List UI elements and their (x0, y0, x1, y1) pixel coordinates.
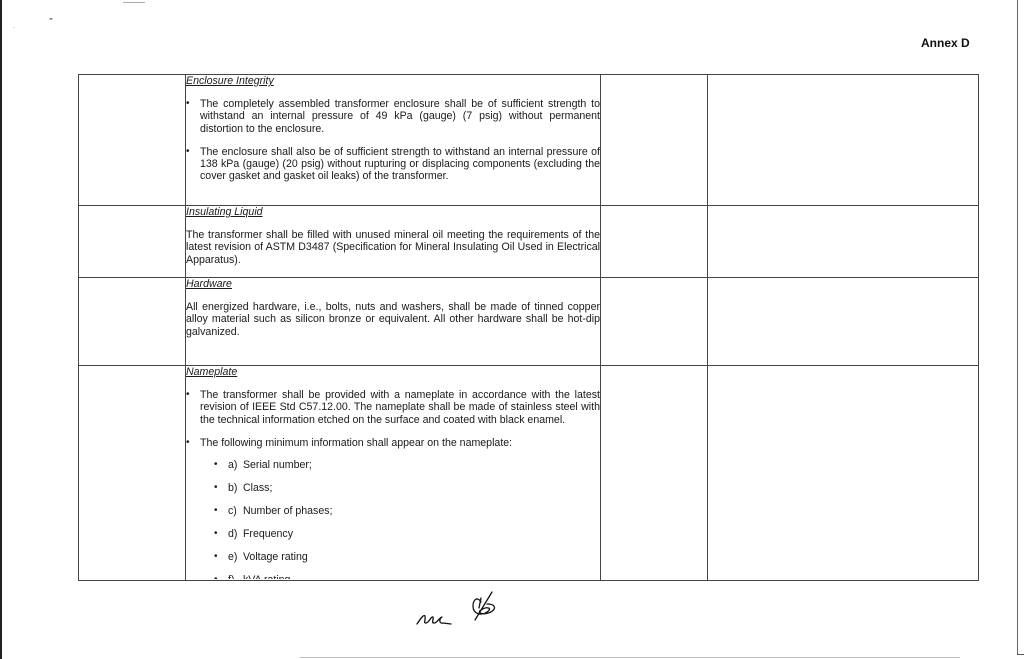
scan-edge-left (0, 0, 2, 659)
item-cell (79, 206, 186, 278)
requirement-content: Nameplate The transformer shall be provi… (186, 366, 600, 579)
remarks-cell (708, 75, 979, 206)
scan-speck: · (13, 25, 15, 31)
item-text: Frequency (243, 528, 293, 540)
remarks-cell (708, 278, 979, 366)
item-text: Serial number; (243, 459, 312, 471)
item-label: e) (228, 551, 240, 563)
section-title: Nameplate (186, 366, 600, 378)
bullet-text: The following minimum information shall … (200, 437, 512, 449)
compliance-cell (601, 75, 708, 206)
requirements-table: Enclosure Integrity The completely assem… (78, 74, 979, 581)
section-title: Enclosure Integrity (186, 75, 600, 87)
item-label: b) (228, 482, 240, 494)
annex-label: Annex D (921, 36, 970, 50)
item-text: Voltage rating (243, 551, 308, 563)
table-row: Hardware All energized hardware, i.e., b… (79, 278, 979, 366)
item-text: Class; (243, 482, 272, 494)
item-label: f) (228, 574, 240, 579)
requirement-cell: Hardware All energized hardware, i.e., b… (186, 278, 601, 366)
bullet-item: The completely assembled transformer enc… (186, 98, 600, 135)
scan-top-mark (123, 2, 145, 3)
list-item: d) Frequency (214, 528, 600, 540)
handwritten-initials (415, 590, 525, 635)
item-label: c) (228, 505, 240, 517)
nameplate-info-list: a) Serial number; b) Class; c) Number of… (214, 459, 600, 579)
initials-signature-1 (417, 615, 451, 624)
requirement-text: All energized hardware, i.e., bolts, nut… (186, 301, 600, 338)
requirement-text: The transformer shall be filled with unu… (186, 229, 600, 266)
bullet-item: The transformer shall be provided with a… (186, 389, 600, 426)
list-item: c) Number of phases; (214, 505, 600, 517)
bullet-list: The transformer shall be provided with a… (186, 389, 600, 579)
requirement-cell: Insulating Liquid The transformer shall … (186, 206, 601, 278)
scan-speck: ‴ (50, 18, 52, 25)
scan-edge-right-foot (1017, 654, 1024, 655)
list-item: e) Voltage rating (214, 551, 600, 563)
list-item: a) Serial number; (214, 459, 600, 471)
initials-signature-2 (473, 592, 494, 620)
footer-scan-line (300, 657, 960, 658)
table-row: Nameplate The transformer shall be provi… (79, 366, 979, 581)
bullet-item: The enclosure shall also be of sufficien… (186, 146, 600, 183)
item-cell (79, 278, 186, 366)
list-item: f) kVA rating (214, 574, 600, 579)
requirement-cell: Nameplate The transformer shall be provi… (186, 366, 601, 581)
section-title: Hardware (186, 278, 600, 290)
compliance-cell (601, 278, 708, 366)
bullet-item: The following minimum information shall … (186, 437, 600, 579)
requirement-cell: Enclosure Integrity The completely assem… (186, 75, 601, 206)
item-text: Number of phases; (243, 505, 333, 517)
item-text: kVA rating (243, 574, 291, 579)
table-row: Enclosure Integrity The completely assem… (79, 75, 979, 206)
item-label: d) (228, 528, 240, 540)
scan-edge-right (1017, 0, 1018, 655)
bullet-list: The completely assembled transformer enc… (186, 98, 600, 182)
item-label: a) (228, 459, 240, 471)
list-item: b) Class; (214, 482, 600, 494)
remarks-cell (708, 366, 979, 581)
item-cell (79, 75, 186, 206)
table-row: Insulating Liquid The transformer shall … (79, 206, 979, 278)
compliance-cell (601, 366, 708, 581)
item-cell (79, 366, 186, 581)
compliance-cell (601, 206, 708, 278)
section-title: Insulating Liquid (186, 206, 600, 218)
remarks-cell (708, 206, 979, 278)
